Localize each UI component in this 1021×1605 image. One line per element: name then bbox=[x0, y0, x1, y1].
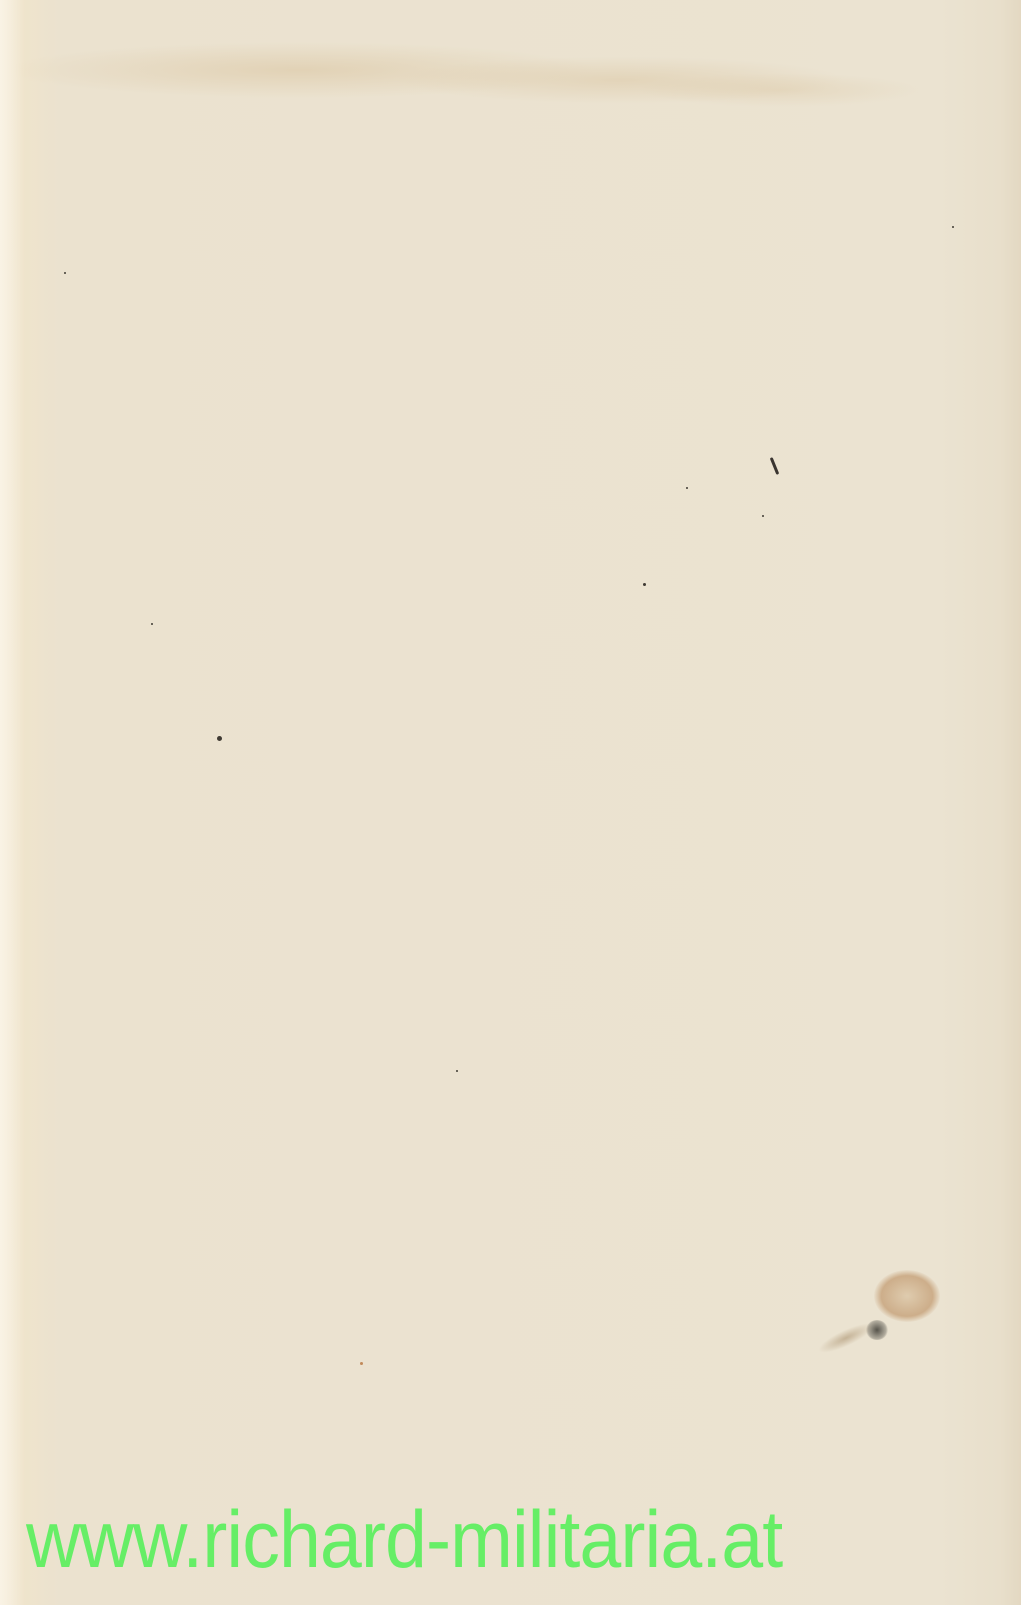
paper-card-back: www.richard-militaria.at bbox=[0, 0, 1021, 1605]
paper-left-edge bbox=[0, 0, 24, 1605]
dust-speck bbox=[151, 623, 153, 625]
dust-speck bbox=[686, 487, 688, 489]
foxing-stain bbox=[812, 1262, 942, 1352]
website-watermark: www.richard-militaria.at bbox=[26, 1500, 937, 1581]
dust-speck bbox=[217, 736, 222, 741]
dust-speck bbox=[762, 515, 764, 517]
dust-speck bbox=[360, 1362, 363, 1365]
stain-spot bbox=[874, 1270, 940, 1322]
dust-speck bbox=[64, 272, 66, 274]
dust-speck bbox=[952, 226, 954, 228]
stain-smear bbox=[815, 1318, 876, 1358]
dust-speck bbox=[643, 583, 646, 586]
ink-scratch-mark bbox=[770, 457, 780, 475]
dust-speck bbox=[456, 1070, 458, 1072]
